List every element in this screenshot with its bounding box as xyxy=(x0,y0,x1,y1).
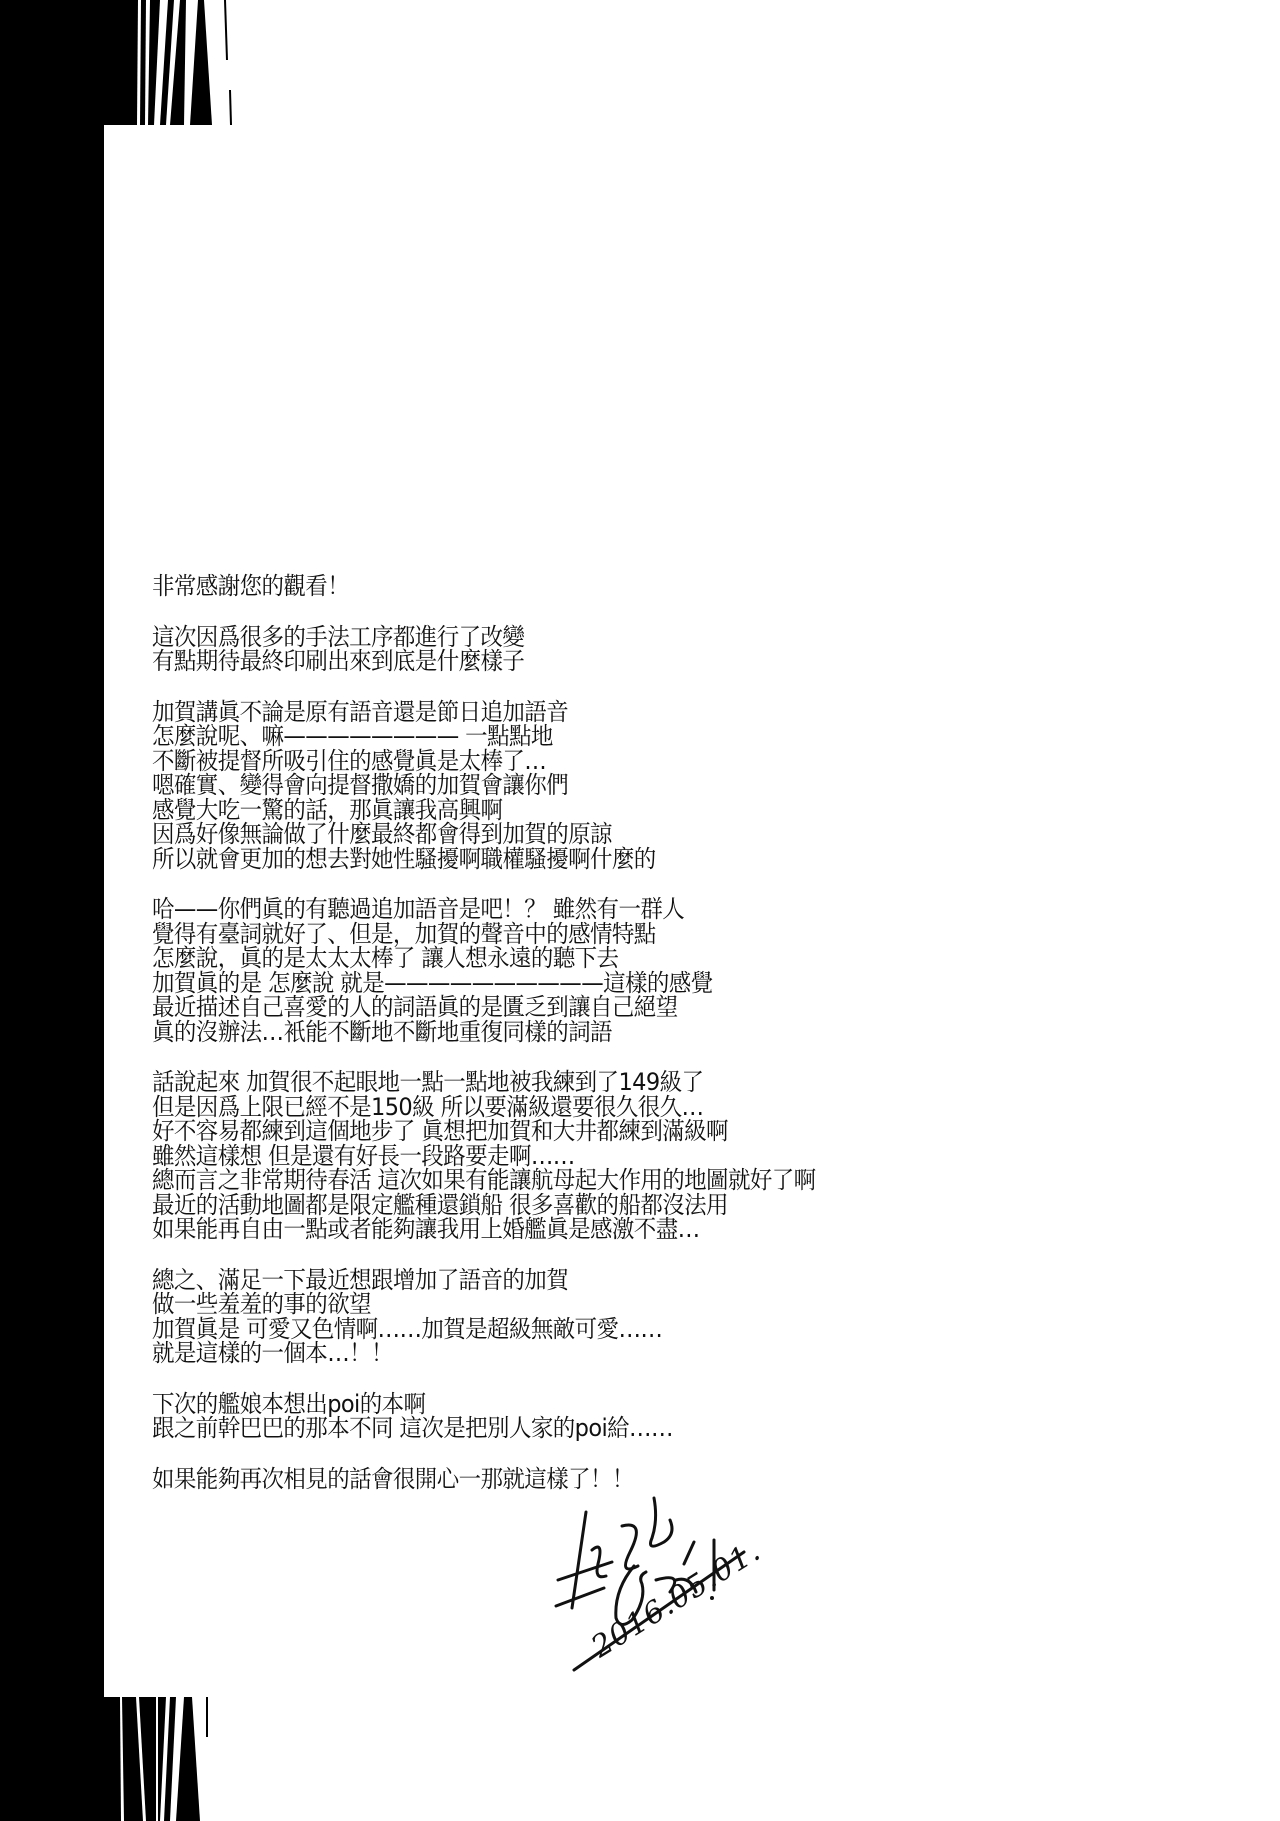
paragraph-next-book: 下次的艦娘本想出poi的本啊 跟之前幹巴巴的那本不同 這次是把別人家的poi給…… xyxy=(152,1392,1052,1441)
paragraph-leveling: 話說起來 加賀很不起眼地一點一點地被我練到了149級了 但是因爲上限已經不是15… xyxy=(152,1070,1052,1242)
paragraph-thanks: 非常感謝您的觀看！ xyxy=(152,574,1052,599)
text-line: 就是這樣的一個本…！！ xyxy=(152,1341,1052,1367)
text-line: 怎麼說，眞的是太太太棒了 讓人想永遠的聽下去 xyxy=(152,946,1052,972)
text-line: 總之、滿足一下最近想跟增加了語音的加賀 xyxy=(152,1268,1052,1294)
text-line: 總而言之非常期待春活 這次如果有能讓航母起大作用的地圖就好了啊 xyxy=(152,1168,1052,1194)
left-black-border xyxy=(0,0,104,1821)
text-line: 加賀眞的是 怎麼說 就是——————————這樣的感覺 xyxy=(152,971,1052,997)
text-line: 非常感謝您的觀看！ xyxy=(152,574,1052,600)
text-line: 嗯確實、變得會向提督撒嬌的加賀會讓你們 xyxy=(152,773,1052,799)
afterword-text: 非常感謝您的觀看！ 這次因爲很多的手法工序都進行了改變 有點期待最終印刷出來到底… xyxy=(152,574,1052,1517)
text-line: 感覺大吃一驚的話，那眞讓我高興啊 xyxy=(152,798,1052,824)
afterword-panel: 非常感謝您的觀看！ 這次因爲很多的手法工序都進行了改變 有點期待最終印刷出來到底… xyxy=(104,125,1280,1697)
text-line: 這次因爲很多的手法工序都進行了改變 xyxy=(152,625,1052,651)
paragraph-kaga-voice: 加賀講眞不論是原有語音還是節日追加語音 怎麼說呢、嘛———————— 一點點地 … xyxy=(152,700,1052,872)
text-line: 覺得有臺詞就好了、但是，加賀的聲音中的感情特點 xyxy=(152,922,1052,948)
text-line: 加賀眞是 可愛又色情啊……加賀是超級無敵可愛…… xyxy=(152,1317,1052,1343)
text-line: 雖然這樣想 但是還有好長一段路要走啊…… xyxy=(152,1144,1052,1170)
paragraph-production: 這次因爲很多的手法工序都進行了改變 有點期待最終印刷出來到底是什麼樣子 xyxy=(152,625,1052,674)
text-line: 如果能再自由一點或者能夠讓我用上婚艦眞是感激不盡… xyxy=(152,1217,1052,1243)
text-line: 哈——你們眞的有聽過追加語音是吧！？ 雖然有一群人 xyxy=(152,897,1052,923)
paragraph-summary: 總之、滿足一下最近想跟增加了語音的加賀 做一些羞羞的事的欲望 加賀眞是 可愛又色… xyxy=(152,1268,1052,1366)
top-hatching-decoration xyxy=(104,0,234,125)
text-line: 但是因爲上限已經不是150級 所以要滿級還要很久很久… xyxy=(152,1095,1052,1121)
text-line: 好不容易都練到這個地步了 眞想把加賀和大井都練到滿級啊 xyxy=(152,1119,1052,1145)
bottom-hatching-decoration xyxy=(104,1697,234,1821)
text-line: 所以就會更加的想去對她性騷擾啊職權騷擾啊什麼的 xyxy=(152,847,1052,873)
author-signature: 2016.05.01. xyxy=(534,1480,764,1720)
text-line: 因爲好像無論做了什麼最終都會得到加賀的原諒 xyxy=(152,822,1052,848)
text-line: 眞的沒辦法…衹能不斷地不斷地重復同樣的詞語 xyxy=(152,1020,1052,1046)
text-line: 怎麼說呢、嘛———————— 一點點地 xyxy=(152,724,1052,750)
text-line: 跟之前幹巴巴的那本不同 這次是把別人家的poi給…… xyxy=(152,1416,1052,1442)
text-line: 話說起來 加賀很不起眼地一點一點地被我練到了149級了 xyxy=(152,1070,1052,1096)
text-line: 下次的艦娘本想出poi的本啊 xyxy=(152,1392,1052,1418)
paragraph-added-voice: 哈——你們眞的有聽過追加語音是吧！？ 雖然有一群人 覺得有臺詞就好了、但是，加賀… xyxy=(152,897,1052,1044)
text-line: 加賀講眞不論是原有語音還是節日追加語音 xyxy=(152,700,1052,726)
text-line: 最近的活動地圖都是限定艦種還鎖船 很多喜歡的船都沒法用 xyxy=(152,1193,1052,1219)
text-line: 做一些羞羞的事的欲望 xyxy=(152,1292,1052,1318)
text-line: 不斷被提督所吸引住的感覺眞是太棒了… xyxy=(152,749,1052,775)
text-line: 有點期待最終印刷出來到底是什麼樣子 xyxy=(152,649,1052,675)
text-line: 最近描述自己喜愛的人的詞語眞的是匱乏到讓自己絕望 xyxy=(152,995,1052,1021)
